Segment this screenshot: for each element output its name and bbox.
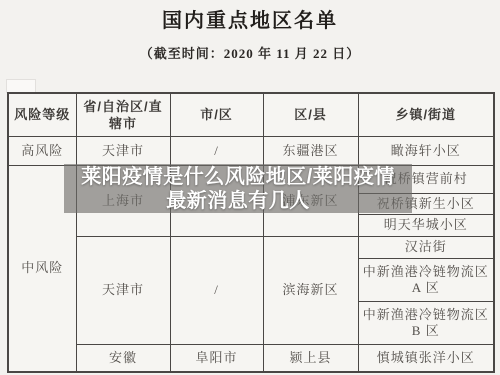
header-city: 市/区: [170, 93, 263, 136]
cell-province: 安徽: [76, 344, 170, 372]
header-district: 区/县: [263, 93, 358, 136]
cell-district: 东疆港区: [263, 136, 358, 165]
cell-city: /: [170, 236, 263, 344]
cell-street: 明天华城小区: [358, 214, 494, 236]
risk-area-table: 风险等级 省/自治区/直辖市 市/区 区/县 乡镇/街道 高风险 天津市 / 东…: [7, 92, 495, 373]
caption-overlay-banner: 莱阳疫情是什么风险地区/莱阳疫情 最新消息有几人: [64, 164, 412, 213]
table-header-row: 风险等级 省/自治区/直辖市 市/区 区/县 乡镇/街道: [8, 93, 494, 136]
cell-city: /: [170, 136, 263, 165]
cell-province: 天津市: [76, 236, 170, 344]
screenshot-stage: 国内重点地区名单 （截至时间：2020 年 11 月 22 日） 风险等级 省/…: [0, 0, 500, 375]
cell-street: 慎城镇张洋小区: [358, 344, 494, 372]
page-title: 国内重点地区名单: [0, 4, 500, 33]
cell-risk-level-high: 高风险: [8, 136, 76, 165]
table-row-medium-anhui: 安徽 阜阳市 颍上县 慎城镇张洋小区: [8, 344, 494, 372]
cell-district: 颍上县: [263, 344, 358, 372]
table-row-high-risk: 高风险 天津市 / 东疆港区 瞰海轩小区: [8, 136, 494, 165]
corner-artifact: [6, 79, 36, 93]
cell-street: 中新渔港冷链物流区 B 区: [358, 301, 494, 344]
caption-line-1: 莱阳疫情是什么风险地区/莱阳疫情: [81, 165, 395, 189]
page-subtitle: （截至时间：2020 年 11 月 22 日）: [0, 43, 500, 62]
header-province: 省/自治区/直辖市: [76, 93, 170, 136]
caption-line-2: 最新消息有几人: [166, 189, 310, 213]
cell-street: 中新渔港冷链物流区 A 区: [358, 258, 494, 301]
cell-district: 滨海新区: [263, 236, 358, 344]
cell-street: 瞰海轩小区: [358, 136, 494, 165]
cell-province: 天津市: [76, 136, 170, 165]
header-street: 乡镇/街道: [358, 93, 494, 136]
cell-street: 汉沽街: [358, 236, 494, 258]
header-risk-level: 风险等级: [8, 93, 76, 136]
cell-city: 阜阳市: [170, 344, 263, 372]
table-row-medium-tianjin-1: 天津市 / 滨海新区 汉沽街: [8, 236, 494, 258]
